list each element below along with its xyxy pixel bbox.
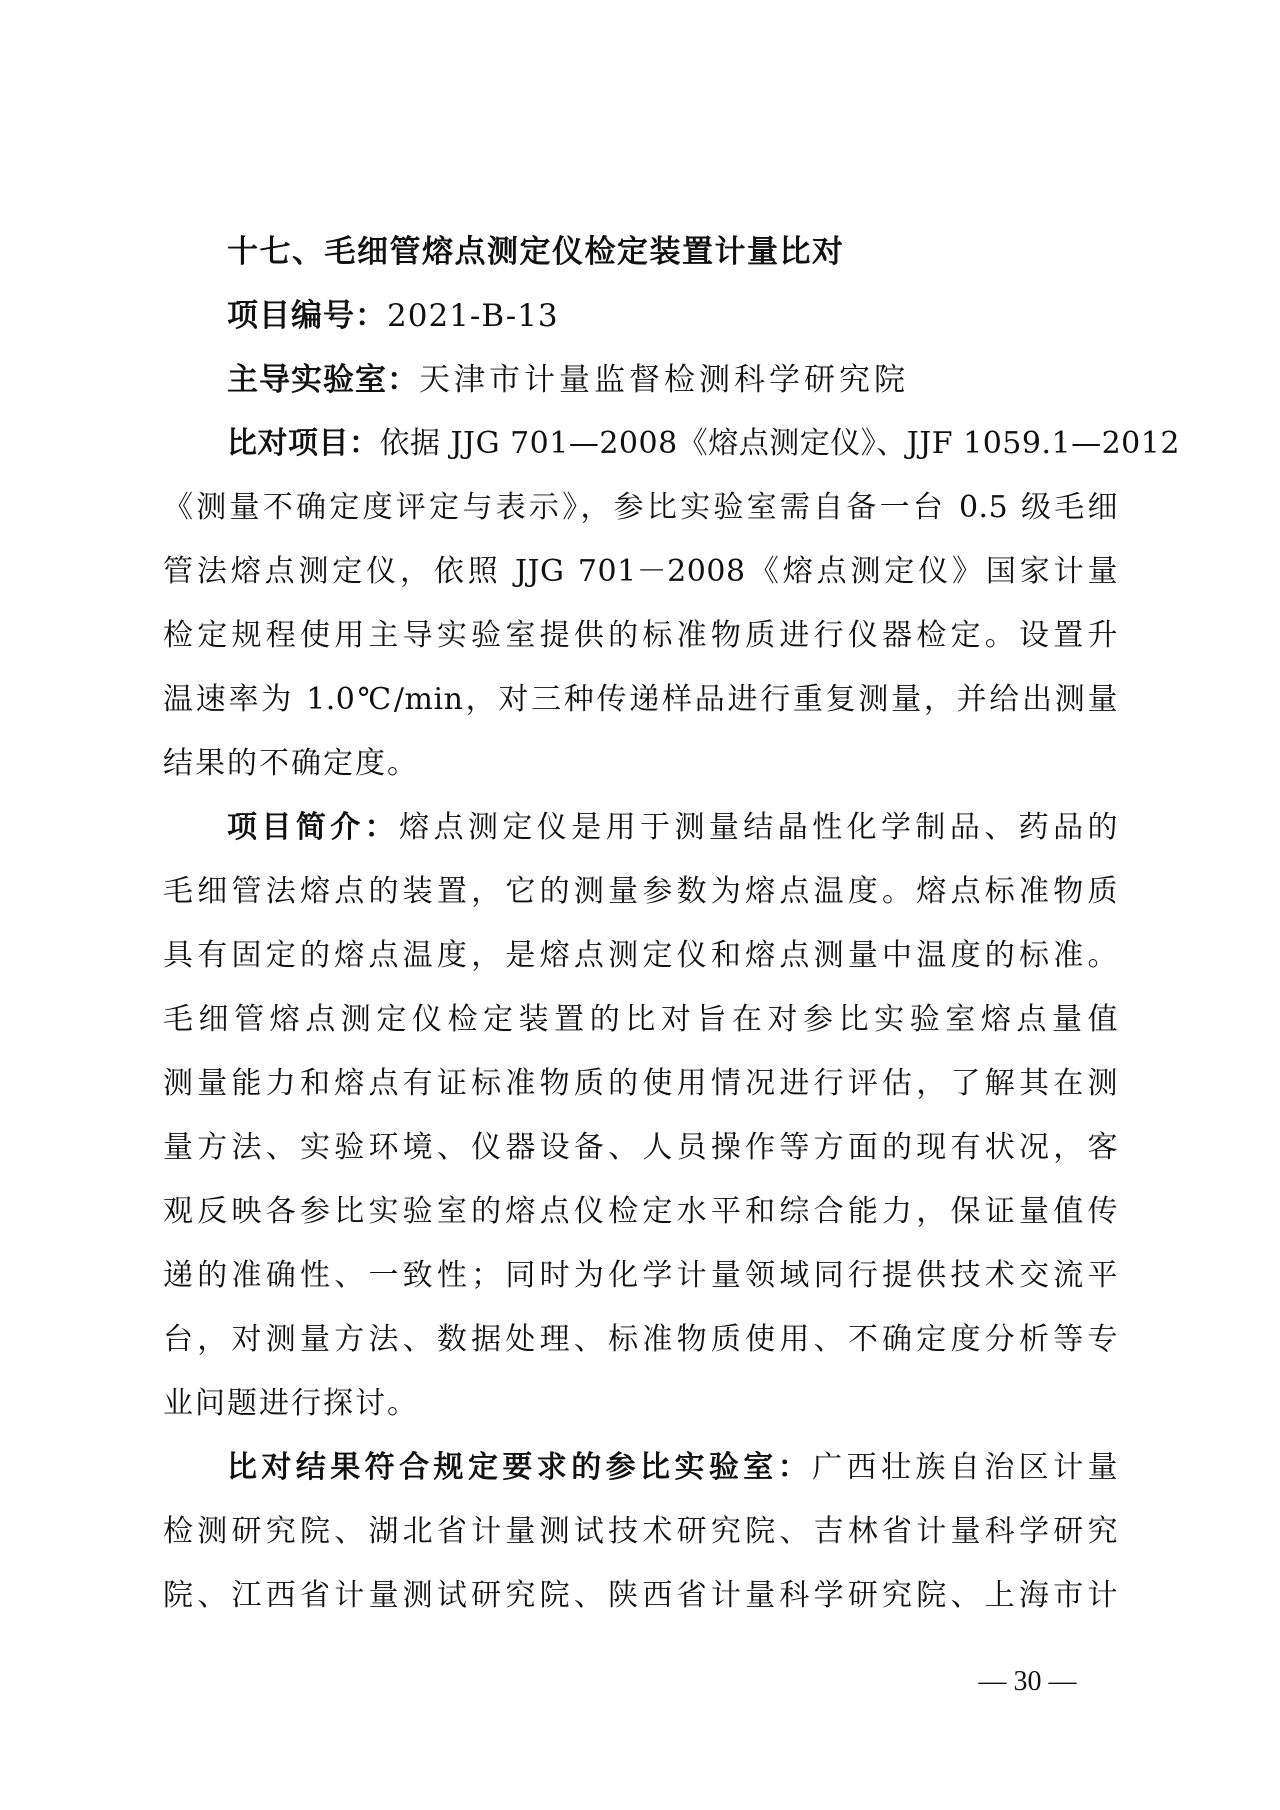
qualified-labs-label: 比对结果符合规定要求的参比实验室： bbox=[227, 1450, 812, 1485]
comparison-item-label: 比对项目： bbox=[227, 426, 380, 461]
introduction-text: 熔点测定仪是用于测量结晶性化学制品、药品的 bbox=[399, 810, 1118, 845]
comparison-item-line-1: 比对项目：依据 JJG 701—2008《熔点测定仪》、JJF 1059.1—2… bbox=[227, 412, 1118, 476]
qualified-labs-line-3: 院、江西省计量测试研究院、陕西省计量科学研究院、上海市计 bbox=[163, 1564, 1118, 1628]
introduction-label: 项目简介： bbox=[227, 810, 399, 845]
introduction-line-2: 毛细管法熔点的装置，它的测量参数为熔点温度。熔点标准物质 bbox=[163, 860, 1118, 924]
introduction-line-4: 毛细管熔点测定仪检定装置的比对旨在对参比实验室熔点量值 bbox=[163, 988, 1118, 1052]
introduction-line-6: 量方法、实验环境、仪器设备、人员操作等方面的现有状况，客 bbox=[163, 1116, 1118, 1180]
comparison-item-line-3: 管法熔点测定仪，依照 JJG 701－2008《熔点测定仪》国家计量 bbox=[163, 540, 1118, 604]
introduction-line-8: 递的准确性、一致性；同时为化学计量领域同行提供技术交流平 bbox=[163, 1244, 1118, 1308]
introduction-line-9: 台，对测量方法、数据处理、标准物质使用、不确定度分析等专 bbox=[163, 1308, 1118, 1372]
project-number-value: 2021-B-13 bbox=[387, 298, 559, 334]
introduction-line-10: 业问题进行探讨。 bbox=[163, 1372, 1118, 1436]
project-number-row: 项目编号：2021-B-13 bbox=[227, 284, 559, 348]
lead-lab-row: 主导实验室：天津市计量监督检测科学研究院 bbox=[227, 348, 909, 412]
qualified-labs-line-1: 比对结果符合规定要求的参比实验室：广西壮族自治区计量 bbox=[227, 1436, 1118, 1500]
comparison-item-line-2: 《测量不确定度评定与表示》，参比实验室需自备一台 0.5 级毛细 bbox=[163, 476, 1118, 540]
comparison-item-line-4: 检定规程使用主导实验室提供的标准物质进行仪器检定。设置升 bbox=[163, 604, 1118, 668]
section-title: 十七、毛细管熔点测定仪检定装置计量比对 bbox=[227, 220, 845, 284]
introduction-line-1: 项目简介：熔点测定仪是用于测量结晶性化学制品、药品的 bbox=[227, 796, 1118, 860]
lead-lab-label: 主导实验室： bbox=[227, 362, 419, 398]
lead-lab-value: 天津市计量监督检测科学研究院 bbox=[419, 362, 909, 398]
comparison-item-line-5: 温速率为 1.0℃/min，对三种传递样品进行重复测量，并给出测量 bbox=[163, 668, 1118, 732]
comparison-item-line-6: 结果的不确定度。 bbox=[163, 732, 1118, 796]
introduction-line-3: 具有固定的熔点温度，是熔点测定仪和熔点测量中温度的标准。 bbox=[163, 924, 1118, 988]
comparison-item-text: 依据 JJG 701—2008《熔点测定仪》、JJF 1059.1—2012 bbox=[380, 426, 1180, 461]
project-number-label: 项目编号： bbox=[227, 298, 387, 334]
document-page: 十七、毛细管熔点测定仪检定装置计量比对 项目编号：2021-B-13 主导实验室… bbox=[0, 0, 1280, 1810]
page-number: — 30 — bbox=[960, 1662, 1095, 1702]
introduction-line-7: 观反映各参比实验室的熔点仪检定水平和综合能力，保证量值传 bbox=[163, 1180, 1118, 1244]
introduction-line-5: 测量能力和熔点有证标准物质的使用情况进行评估，了解其在测 bbox=[163, 1052, 1118, 1116]
qualified-labs-line-2: 检测研究院、湖北省计量测试技术研究院、吉林省计量科学研究 bbox=[163, 1500, 1118, 1564]
qualified-labs-text: 广西壮族自治区计量 bbox=[812, 1450, 1118, 1485]
